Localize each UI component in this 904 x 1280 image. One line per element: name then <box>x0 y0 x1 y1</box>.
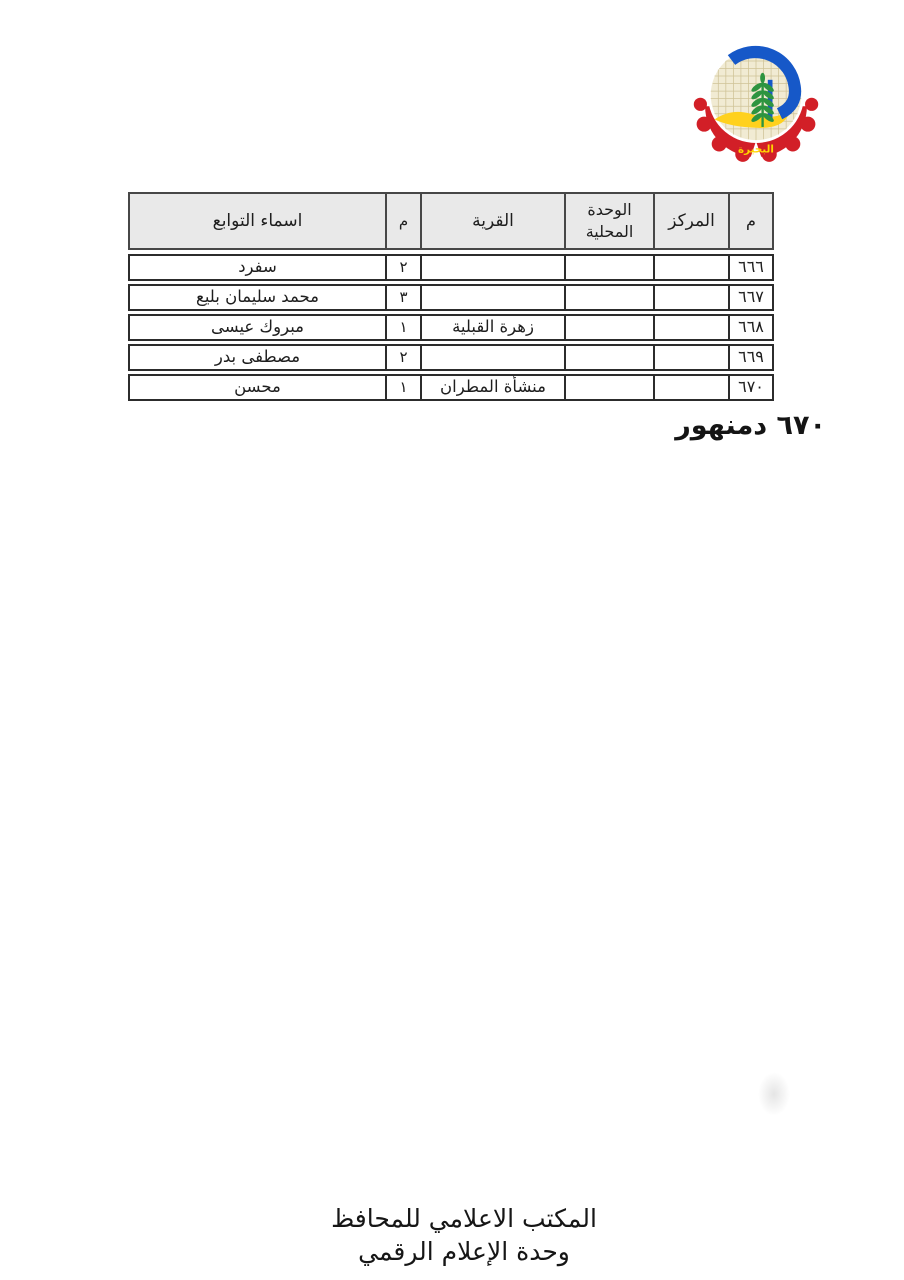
header-count: م <box>385 194 420 248</box>
cell-center <box>653 376 728 399</box>
cell-village: زهرة القبلية <box>420 316 564 339</box>
cell-names: مبروك عيسى <box>130 316 385 339</box>
cell-names: مصطفى بدر <box>130 346 385 369</box>
followers-table: م المركز الوحدة المحلية القرية م اسماء ا… <box>128 192 774 404</box>
header-serial: م <box>728 194 772 248</box>
header-village: القرية <box>420 194 564 248</box>
cell-names: سفرد <box>130 256 385 279</box>
table-row: ٦٦٧ ٣ محمد سليمان بليع <box>128 284 774 311</box>
cell-serial: ٦٦٩ <box>728 346 772 369</box>
table-row: ٦٦٨ زهرة القبلية ١ مبروك عيسى <box>128 314 774 341</box>
page-footer: المكتب الاعلامي للمحافظ وحدة الإعلام الر… <box>12 1202 904 1268</box>
header-local-unit-line1: الوحدة <box>587 199 631 221</box>
header-names: اسماء التوابع <box>130 194 385 248</box>
beheira-governorate-logo: البحيرة <box>690 40 822 163</box>
table-header-row: م المركز الوحدة المحلية القرية م اسماء ا… <box>128 192 774 250</box>
logo-graphic: البحيرة <box>690 40 822 163</box>
cell-serial: ٦٦٨ <box>728 316 772 339</box>
table-row: ٦٦٦ ٢ سفرد <box>128 254 774 281</box>
scan-smudge <box>758 1072 790 1116</box>
cell-serial: ٦٦٧ <box>728 286 772 309</box>
footer-line-2: وحدة الإعلام الرقمي <box>12 1235 904 1268</box>
handwritten-total: ٦٧٠ دمنهور <box>675 410 826 441</box>
cell-names: محمد سليمان بليع <box>130 286 385 309</box>
footer-line-1: المكتب الاعلامي للمحافظ <box>12 1202 904 1235</box>
cell-center <box>653 316 728 339</box>
table-row: ٦٧٠ منشأة المطران ١ محسن <box>128 374 774 401</box>
cell-unit <box>564 346 653 369</box>
cell-count: ١ <box>385 376 420 399</box>
cell-unit <box>564 316 653 339</box>
cell-serial: ٦٦٦ <box>728 256 772 279</box>
header-local-unit-line2: المحلية <box>586 221 634 243</box>
cell-village <box>420 286 564 309</box>
cell-village <box>420 256 564 279</box>
table-row: ٦٦٩ ٢ مصطفى بدر <box>128 344 774 371</box>
cell-center <box>653 256 728 279</box>
cell-names: محسن <box>130 376 385 399</box>
cell-village: منشأة المطران <box>420 376 564 399</box>
cell-center <box>653 346 728 369</box>
logo-label: البحيرة <box>738 143 774 155</box>
cell-village <box>420 346 564 369</box>
cell-serial: ٦٧٠ <box>728 376 772 399</box>
header-center: المركز <box>653 194 728 248</box>
cell-count: ٢ <box>385 256 420 279</box>
cell-count: ٢ <box>385 346 420 369</box>
cell-count: ٣ <box>385 286 420 309</box>
cell-unit <box>564 376 653 399</box>
cell-unit <box>564 286 653 309</box>
cell-count: ١ <box>385 316 420 339</box>
cell-unit <box>564 256 653 279</box>
header-local-unit: الوحدة المحلية <box>564 194 653 248</box>
cell-center <box>653 286 728 309</box>
